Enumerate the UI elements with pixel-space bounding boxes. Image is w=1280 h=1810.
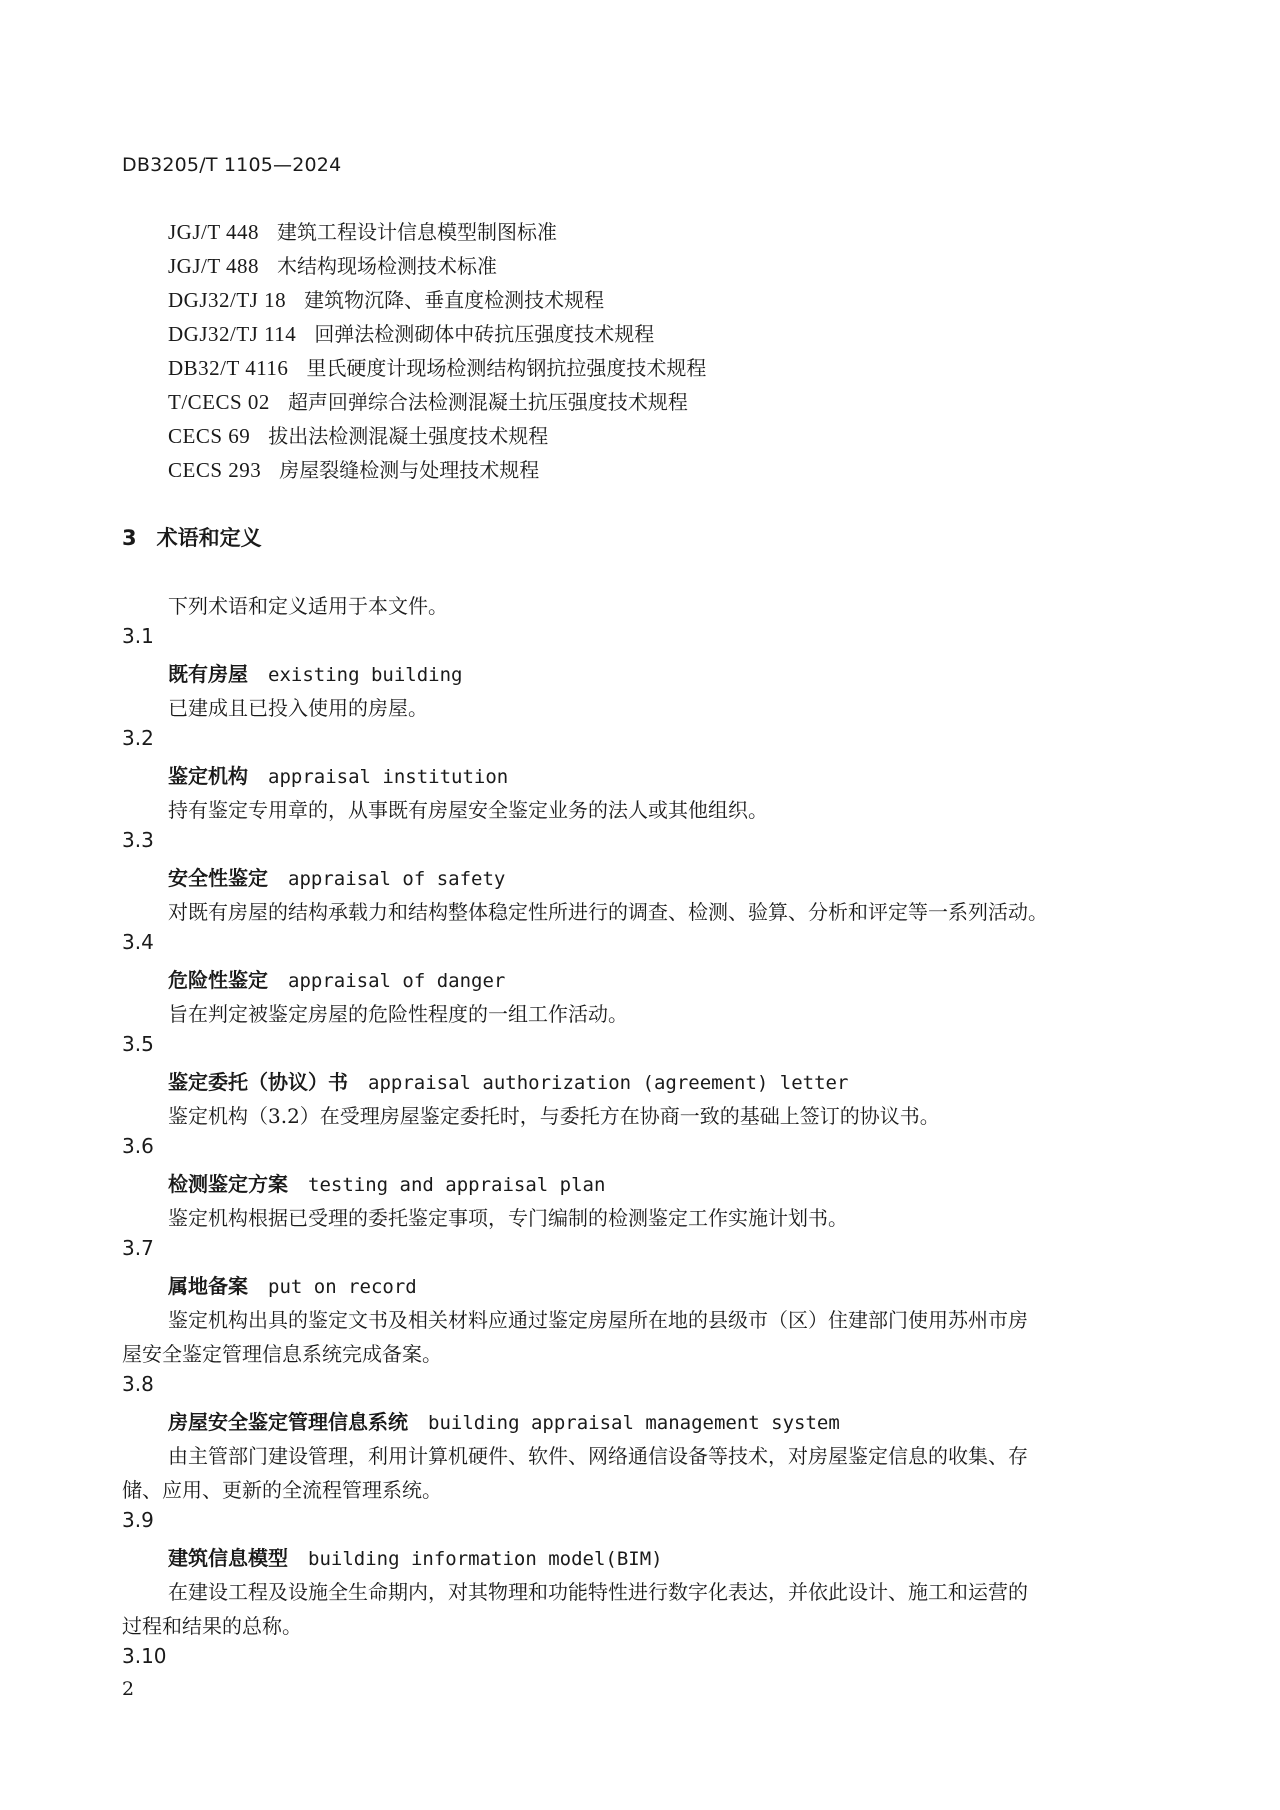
reference-title: 建筑工程设计信息模型制图标准 xyxy=(277,220,557,244)
reference-title: 回弹法检测砌体中砖抗压强度技术规程 xyxy=(314,322,654,346)
reference-title: 里氏硬度计现场检测结构钢抗拉强度技术规程 xyxy=(306,356,706,380)
reference-title: 房屋裂缝检测与处理技术规程 xyxy=(279,458,539,482)
term-chinese: 危险性鉴定 xyxy=(168,968,268,992)
document-id-header: DB3205/T 1105—2024 xyxy=(122,154,341,176)
term-definition: 在建设工程及设施全生命期内，对其物理和功能特性进行数字化表达，并依此设计、施工和… xyxy=(168,1576,1028,1605)
term-chinese: 既有房屋 xyxy=(168,662,248,686)
section-intro: 下列术语和定义适用于本文件。 xyxy=(168,590,448,619)
term-english: building information model(BIM) xyxy=(308,1548,663,1570)
term-number: 3.2 xyxy=(122,726,154,750)
reference-item: DGJ32/TJ 114回弹法检测砌体中砖抗压强度技术规程 xyxy=(168,318,654,347)
term-chinese: 房屋安全鉴定管理信息系统 xyxy=(168,1410,408,1434)
term-definition: 持有鉴定专用章的，从事既有房屋安全鉴定业务的法人或其他组织。 xyxy=(168,794,768,823)
section-number: 3 xyxy=(122,526,137,550)
reference-code: DB32/T 4116 xyxy=(168,356,288,380)
term-definition: 鉴定机构出具的鉴定文书及相关材料应通过鉴定房屋所在地的县级市（区）住建部门使用苏… xyxy=(168,1304,1028,1333)
document-page: DB3205/T 1105—2024 JGJ/T 448建筑工程设计信息模型制图… xyxy=(0,0,1280,1810)
term-number: 3.1 xyxy=(122,624,154,648)
term-definition: 由主管部门建设管理，利用计算机硬件、软件、网络通信设备等技术，对房屋鉴定信息的收… xyxy=(168,1440,1028,1469)
reference-code: DGJ32/TJ 114 xyxy=(168,322,296,346)
term-heading: 安全性鉴定appraisal of safety xyxy=(168,862,505,891)
term-chinese: 属地备案 xyxy=(168,1274,248,1298)
term-chinese: 安全性鉴定 xyxy=(168,866,268,890)
reference-item: T/CECS 02超声回弹综合法检测混凝土抗压强度技术规程 xyxy=(168,386,688,415)
term-heading: 危险性鉴定appraisal of danger xyxy=(168,964,505,993)
reference-code: CECS 69 xyxy=(168,424,250,448)
section-title: 术语和定义 xyxy=(157,526,262,550)
term-number: 3.5 xyxy=(122,1032,154,1056)
reference-item: DB32/T 4116里氏硬度计现场检测结构钢抗拉强度技术规程 xyxy=(168,352,706,381)
reference-item: CECS 293房屋裂缝检测与处理技术规程 xyxy=(168,454,539,483)
term-definition-continued: 过程和结果的总称。 xyxy=(122,1610,302,1639)
reference-title: 超声回弹综合法检测混凝土抗压强度技术规程 xyxy=(288,390,688,414)
reference-code: CECS 293 xyxy=(168,458,261,482)
term-definition: 已建成且已投入使用的房屋。 xyxy=(168,692,428,721)
reference-item: DGJ32/TJ 18建筑物沉降、垂直度检测技术规程 xyxy=(168,284,604,313)
term-heading: 既有房屋existing building xyxy=(168,658,462,687)
reference-item: CECS 69拔出法检测混凝土强度技术规程 xyxy=(168,420,548,449)
term-english: put on record xyxy=(268,1276,417,1298)
reference-title: 拔出法检测混凝土强度技术规程 xyxy=(268,424,548,448)
page-number: 2 xyxy=(122,1678,134,1700)
term-english: appraisal institution xyxy=(268,766,508,788)
reference-item: JGJ/T 488木结构现场检测技术标准 xyxy=(168,250,497,279)
term-english: appraisal of safety xyxy=(288,868,505,890)
reference-title: 木结构现场检测技术标准 xyxy=(277,254,497,278)
reference-code: T/CECS 02 xyxy=(168,390,270,414)
term-chinese: 建筑信息模型 xyxy=(168,1546,288,1570)
term-heading: 鉴定委托（协议）书appraisal authorization (agreem… xyxy=(168,1066,848,1095)
term-number: 3.8 xyxy=(122,1372,154,1396)
term-english: testing and appraisal plan xyxy=(308,1174,605,1196)
term-definition: 鉴定机构（3.2）在受理房屋鉴定委托时，与委托方在协商一致的基础上签订的协议书。 xyxy=(168,1100,940,1129)
term-heading: 鉴定机构appraisal institution xyxy=(168,760,508,789)
term-chinese: 检测鉴定方案 xyxy=(168,1172,288,1196)
term-heading: 属地备案put on record xyxy=(168,1270,417,1299)
term-number: 3.3 xyxy=(122,828,154,852)
term-definition-continued: 储、应用、更新的全流程管理系统。 xyxy=(122,1474,442,1503)
term-definition: 对既有房屋的结构承载力和结构整体稳定性所进行的调查、检测、验算、分析和评定等一系… xyxy=(168,896,1048,925)
term-number: 3.10 xyxy=(122,1644,167,1668)
term-heading: 建筑信息模型building information model(BIM) xyxy=(168,1542,663,1571)
term-number: 3.7 xyxy=(122,1236,154,1260)
reference-title: 建筑物沉降、垂直度检测技术规程 xyxy=(304,288,604,312)
term-definition-continued: 屋安全鉴定管理信息系统完成备案。 xyxy=(122,1338,442,1367)
reference-code: JGJ/T 448 xyxy=(168,220,259,244)
term-english: appraisal authorization (agreement) lett… xyxy=(368,1072,848,1094)
term-heading: 房屋安全鉴定管理信息系统building appraisal managemen… xyxy=(168,1406,840,1435)
term-number: 3.6 xyxy=(122,1134,154,1158)
reference-item: JGJ/T 448建筑工程设计信息模型制图标准 xyxy=(168,216,557,245)
term-number: 3.9 xyxy=(122,1508,154,1532)
reference-code: JGJ/T 488 xyxy=(168,254,259,278)
term-chinese: 鉴定机构 xyxy=(168,764,248,788)
term-number: 3.4 xyxy=(122,930,154,954)
term-definition: 旨在判定被鉴定房屋的危险性程度的一组工作活动。 xyxy=(168,998,628,1027)
term-english: appraisal of danger xyxy=(288,970,505,992)
term-chinese: 鉴定委托（协议）书 xyxy=(168,1070,348,1094)
term-definition: 鉴定机构根据已受理的委托鉴定事项，专门编制的检测鉴定工作实施计划书。 xyxy=(168,1202,848,1231)
term-heading: 检测鉴定方案testing and appraisal plan xyxy=(168,1168,605,1197)
reference-code: DGJ32/TJ 18 xyxy=(168,288,286,312)
term-english: building appraisal management system xyxy=(428,1412,840,1434)
term-english: existing building xyxy=(268,664,462,686)
section-heading: 3术语和定义 xyxy=(122,522,262,552)
